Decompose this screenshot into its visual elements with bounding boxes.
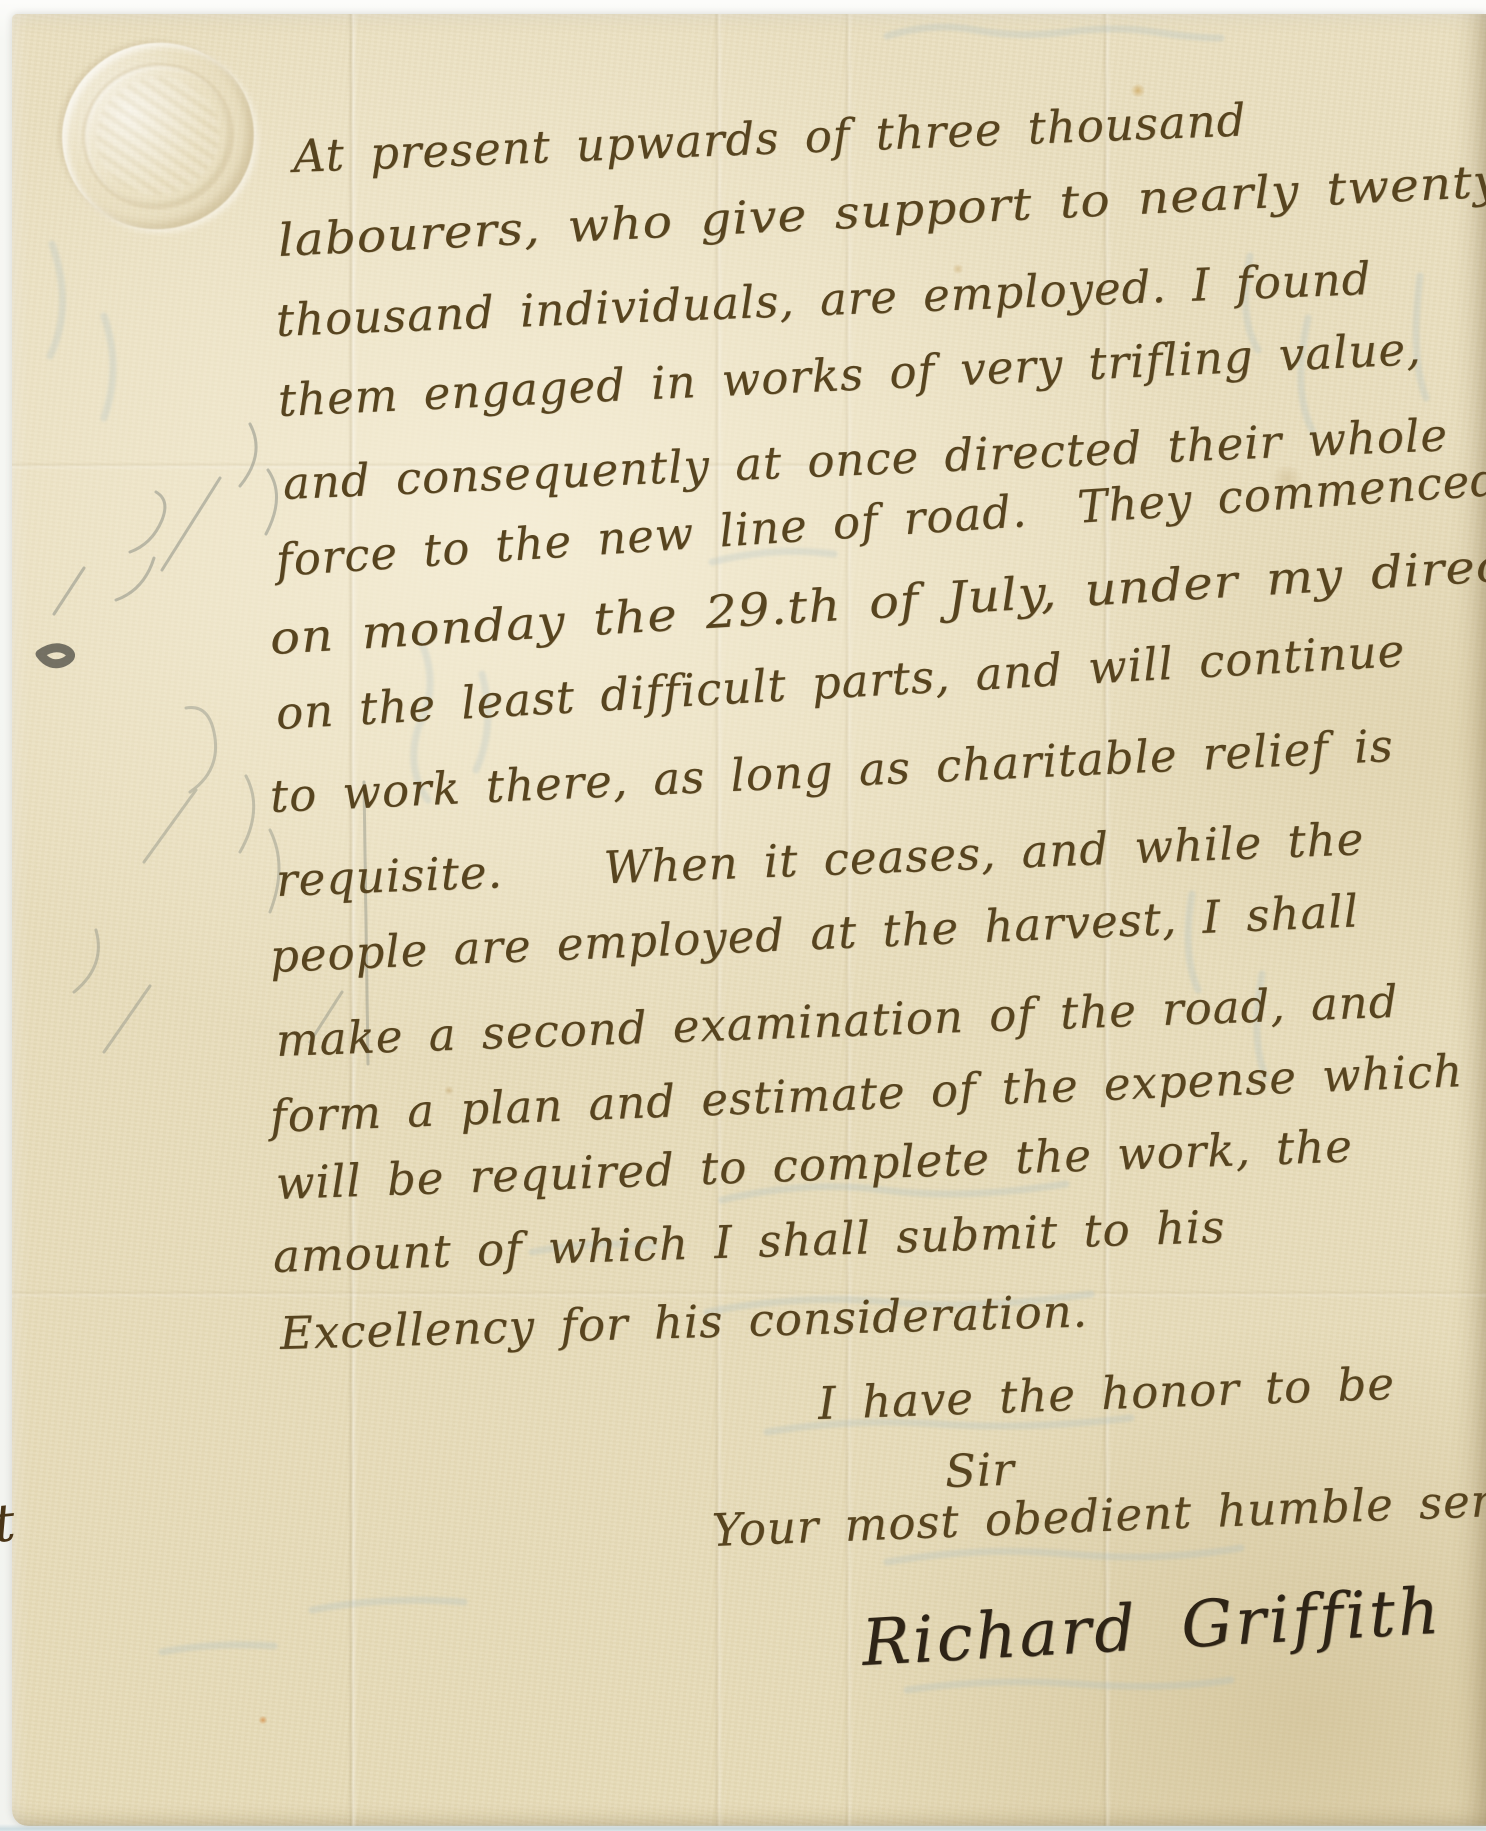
- letter-line-15: amount of which I shall submit to his: [272, 1203, 1226, 1280]
- letter-line-16: Excellency for his consideration.: [279, 1287, 1088, 1357]
- letter-line-11: people are employed at the harvest, I sh…: [269, 887, 1360, 980]
- closing-line-3: Your most obedient humble servant: [711, 1473, 1486, 1554]
- stain-spot: [1130, 84, 1146, 97]
- closing-line-2: Sir: [944, 1446, 1015, 1496]
- letter-page: At present upwards of three thousandlabo…: [12, 14, 1486, 1826]
- scan-background: At present upwards of three thousandlabo…: [0, 0, 1486, 1831]
- stain-spot: [258, 1716, 268, 1724]
- letter-line-1: At present upwards of three thousand: [292, 96, 1247, 180]
- embossed-seal: [42, 23, 273, 250]
- letter-line-12: make a second examination of the road, a…: [275, 978, 1399, 1064]
- margin-fragment: t: [0, 1497, 18, 1551]
- signature: Richard Griffith: [860, 1580, 1443, 1676]
- closing-line-1: I have the honor to be: [817, 1360, 1395, 1427]
- letter-line-9: to work there, as long as charitable rel…: [269, 722, 1395, 820]
- fold-crease-vertical: [348, 14, 357, 1826]
